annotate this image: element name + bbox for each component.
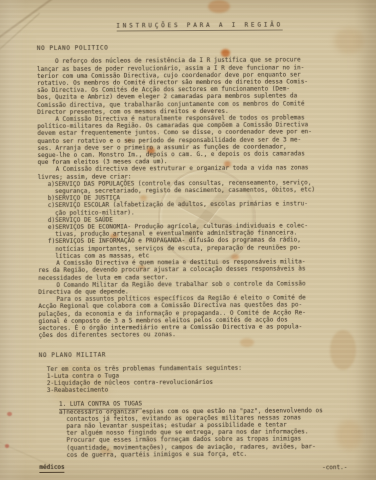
- ink-speck: [7, 412, 12, 416]
- document-title: INSTRUÇÕES PARA A I REGIÃO: [116, 21, 283, 31]
- military-subsection: 1. LUTA CONTRA OS TUGAS a)necessário org…: [59, 399, 365, 458]
- service-item-informacao: f)SERVIÇOS DE INFORMAÇÃO e PROPAGANDA- d…: [48, 236, 364, 260]
- paragraph-comite-accao: Para os assuntos políticos específicos d…: [38, 294, 364, 339]
- section-heading-political: NO PLANO POLITICO: [37, 43, 363, 52]
- stain-spot: [208, 0, 230, 13]
- military-problems-list: Ter em conta os três problemas fundament…: [47, 364, 365, 395]
- title-row: INSTRUÇÕES PARA A I REGIÃO: [37, 21, 363, 32]
- paragraph-resistencia: O reforço dos núcleos de resistência da …: [37, 56, 363, 116]
- services-list: a)SERVIÇO DAS POPULAÇÕES (controle das c…: [48, 179, 364, 260]
- ink-speck: [5, 444, 9, 448]
- footer-note-left: médicos: [39, 464, 64, 473]
- paragraph-comissao-directiva: A Comissão Directiva é naturalmente resp…: [37, 114, 363, 166]
- document-page: INSTRUÇÕES PARA A I REGIÃO NO PLANO POLI…: [0, 0, 376, 480]
- paragraph-nomeia-destitui: A Comissão Directiva é quem nomeia e des…: [38, 258, 364, 282]
- section-heading-military: NO PLANO MILITAR: [39, 350, 365, 359]
- paragraph-luta-tugas: a)necessário organizar espias com os que…: [59, 407, 365, 459]
- page-footer: médicos -cont.-: [39, 462, 365, 473]
- footer-note-right: -cont.-: [322, 464, 347, 471]
- document-text: INSTRUÇÕES PARA A I REGIÃO NO PLANO POLI…: [37, 13, 366, 473]
